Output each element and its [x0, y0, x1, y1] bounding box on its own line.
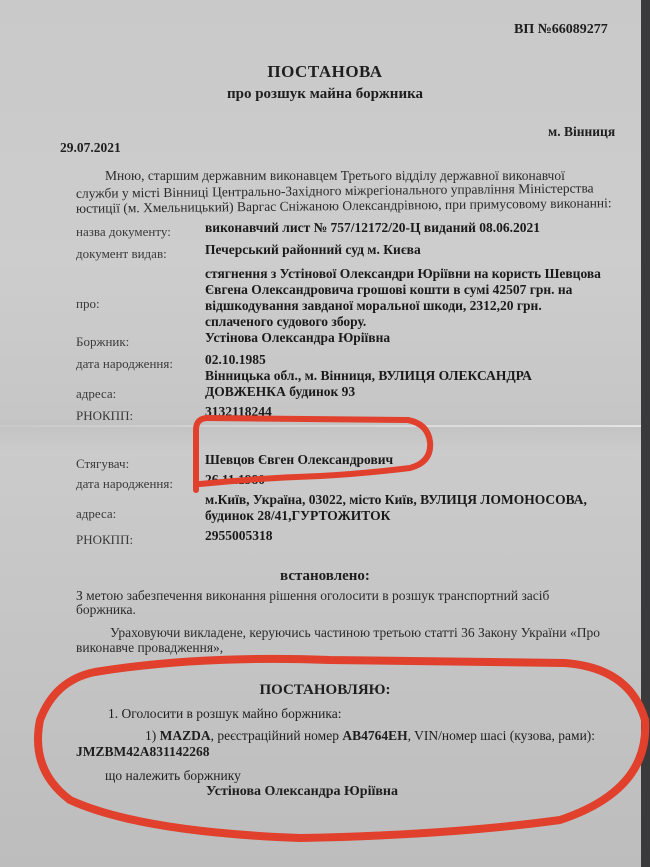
- resolve-item-1: 1. Оголосити в розшук майно боржника:: [108, 706, 341, 722]
- about-line-4: сплаченого судового збору.: [205, 314, 620, 330]
- about-line-1: стягнення з Устінової Олександри Юріївни…: [205, 266, 620, 282]
- debtor-rnokpp-label: РНОКПП:: [76, 408, 133, 424]
- vehicle-vin-text: , VIN/номер шасі (кузова, рами):: [408, 728, 595, 743]
- debtor-address-line-1: Вінницька обл., м. Вінниця, ВУЛИЦЯ ОЛЕКС…: [205, 368, 630, 384]
- about-line-3: відшкодування завданої моральної шкоди, …: [205, 298, 620, 314]
- debtor-dob: 02.10.1985: [205, 352, 266, 368]
- document-date: 29.07.2021: [60, 140, 121, 156]
- vehicle-prefix: 1): [145, 728, 156, 743]
- vehicle-reg-text: , реєстраційний номер: [211, 728, 339, 743]
- document-subtitle: про розшук майна боржника: [0, 86, 650, 103]
- about-line-2: Євгена Олександровича грошові кошти в су…: [205, 282, 620, 298]
- owner-name: Устінова Олександра Юріївна: [206, 784, 398, 800]
- document-city: м. Вінниця: [548, 124, 615, 140]
- belongs-text: що належить боржнику: [105, 768, 241, 784]
- doc-name-value: виконавчий лист № 757/12172/20-Ц виданий…: [205, 220, 540, 236]
- document-page: ВП №66089277 ПОСТАНОВА про розшук майна …: [0, 0, 641, 867]
- doc-name-label: назва документу:: [76, 224, 171, 240]
- debtor-address-line-2: ДОВЖЕНКА будинок 93: [205, 384, 630, 400]
- vehicle-make: MAZDA: [160, 728, 211, 743]
- paper-fold-line: [0, 425, 641, 427]
- vehicle-line: 1) MAZDA, реєстраційний номер AB4764EH, …: [145, 728, 595, 744]
- established-line-2: боржника.: [76, 602, 631, 618]
- debtor-rnokpp: 3132118244: [205, 404, 272, 420]
- creditor-rnokpp: 2955005318: [205, 528, 273, 544]
- established-heading: встановлено:: [0, 568, 650, 585]
- debtor-name: Устінова Олександра Юріївна: [205, 330, 390, 346]
- debtor-dob-label: дата народження:: [76, 356, 173, 372]
- considering-line-2: виконавче провадження»,: [76, 640, 631, 656]
- issuer-label: документ видав:: [76, 246, 167, 262]
- creditor-address-line-2: будинок 28/41,ГУРТОЖИТОК: [205, 508, 630, 524]
- debtor-address-label: адреса:: [76, 386, 116, 402]
- enforcement-number: ВП №66089277: [514, 22, 608, 38]
- creditor-dob: 26.11.1980: [205, 472, 265, 488]
- vehicle-vin: JMZBM42A831142268: [76, 744, 210, 760]
- creditor-label: Стягувач:: [76, 456, 129, 472]
- creditor-name: Шевцов Євген Олександрович: [205, 452, 393, 468]
- creditor-dob-label: дата народження:: [76, 476, 173, 492]
- document-title: ПОСТАНОВА: [0, 62, 650, 82]
- creditor-rnokpp-label: РНОКПП:: [76, 532, 133, 548]
- debtor-label: Боржник:: [76, 334, 129, 350]
- about-label: про:: [76, 296, 100, 312]
- creditor-address-line-1: м.Київ, Україна, 03022, місто Київ, ВУЛИ…: [205, 492, 630, 508]
- considering-line-1: Ураховуючи викладене, керуючись частиною…: [110, 625, 630, 641]
- vehicle-plate: AB4764EH: [342, 728, 407, 743]
- resolve-heading: ПОСТАНОВЛЯЮ:: [0, 682, 650, 699]
- creditor-address-label: адреса:: [76, 506, 116, 522]
- issuer-value: Печерський районний суд м. Києва: [205, 242, 421, 258]
